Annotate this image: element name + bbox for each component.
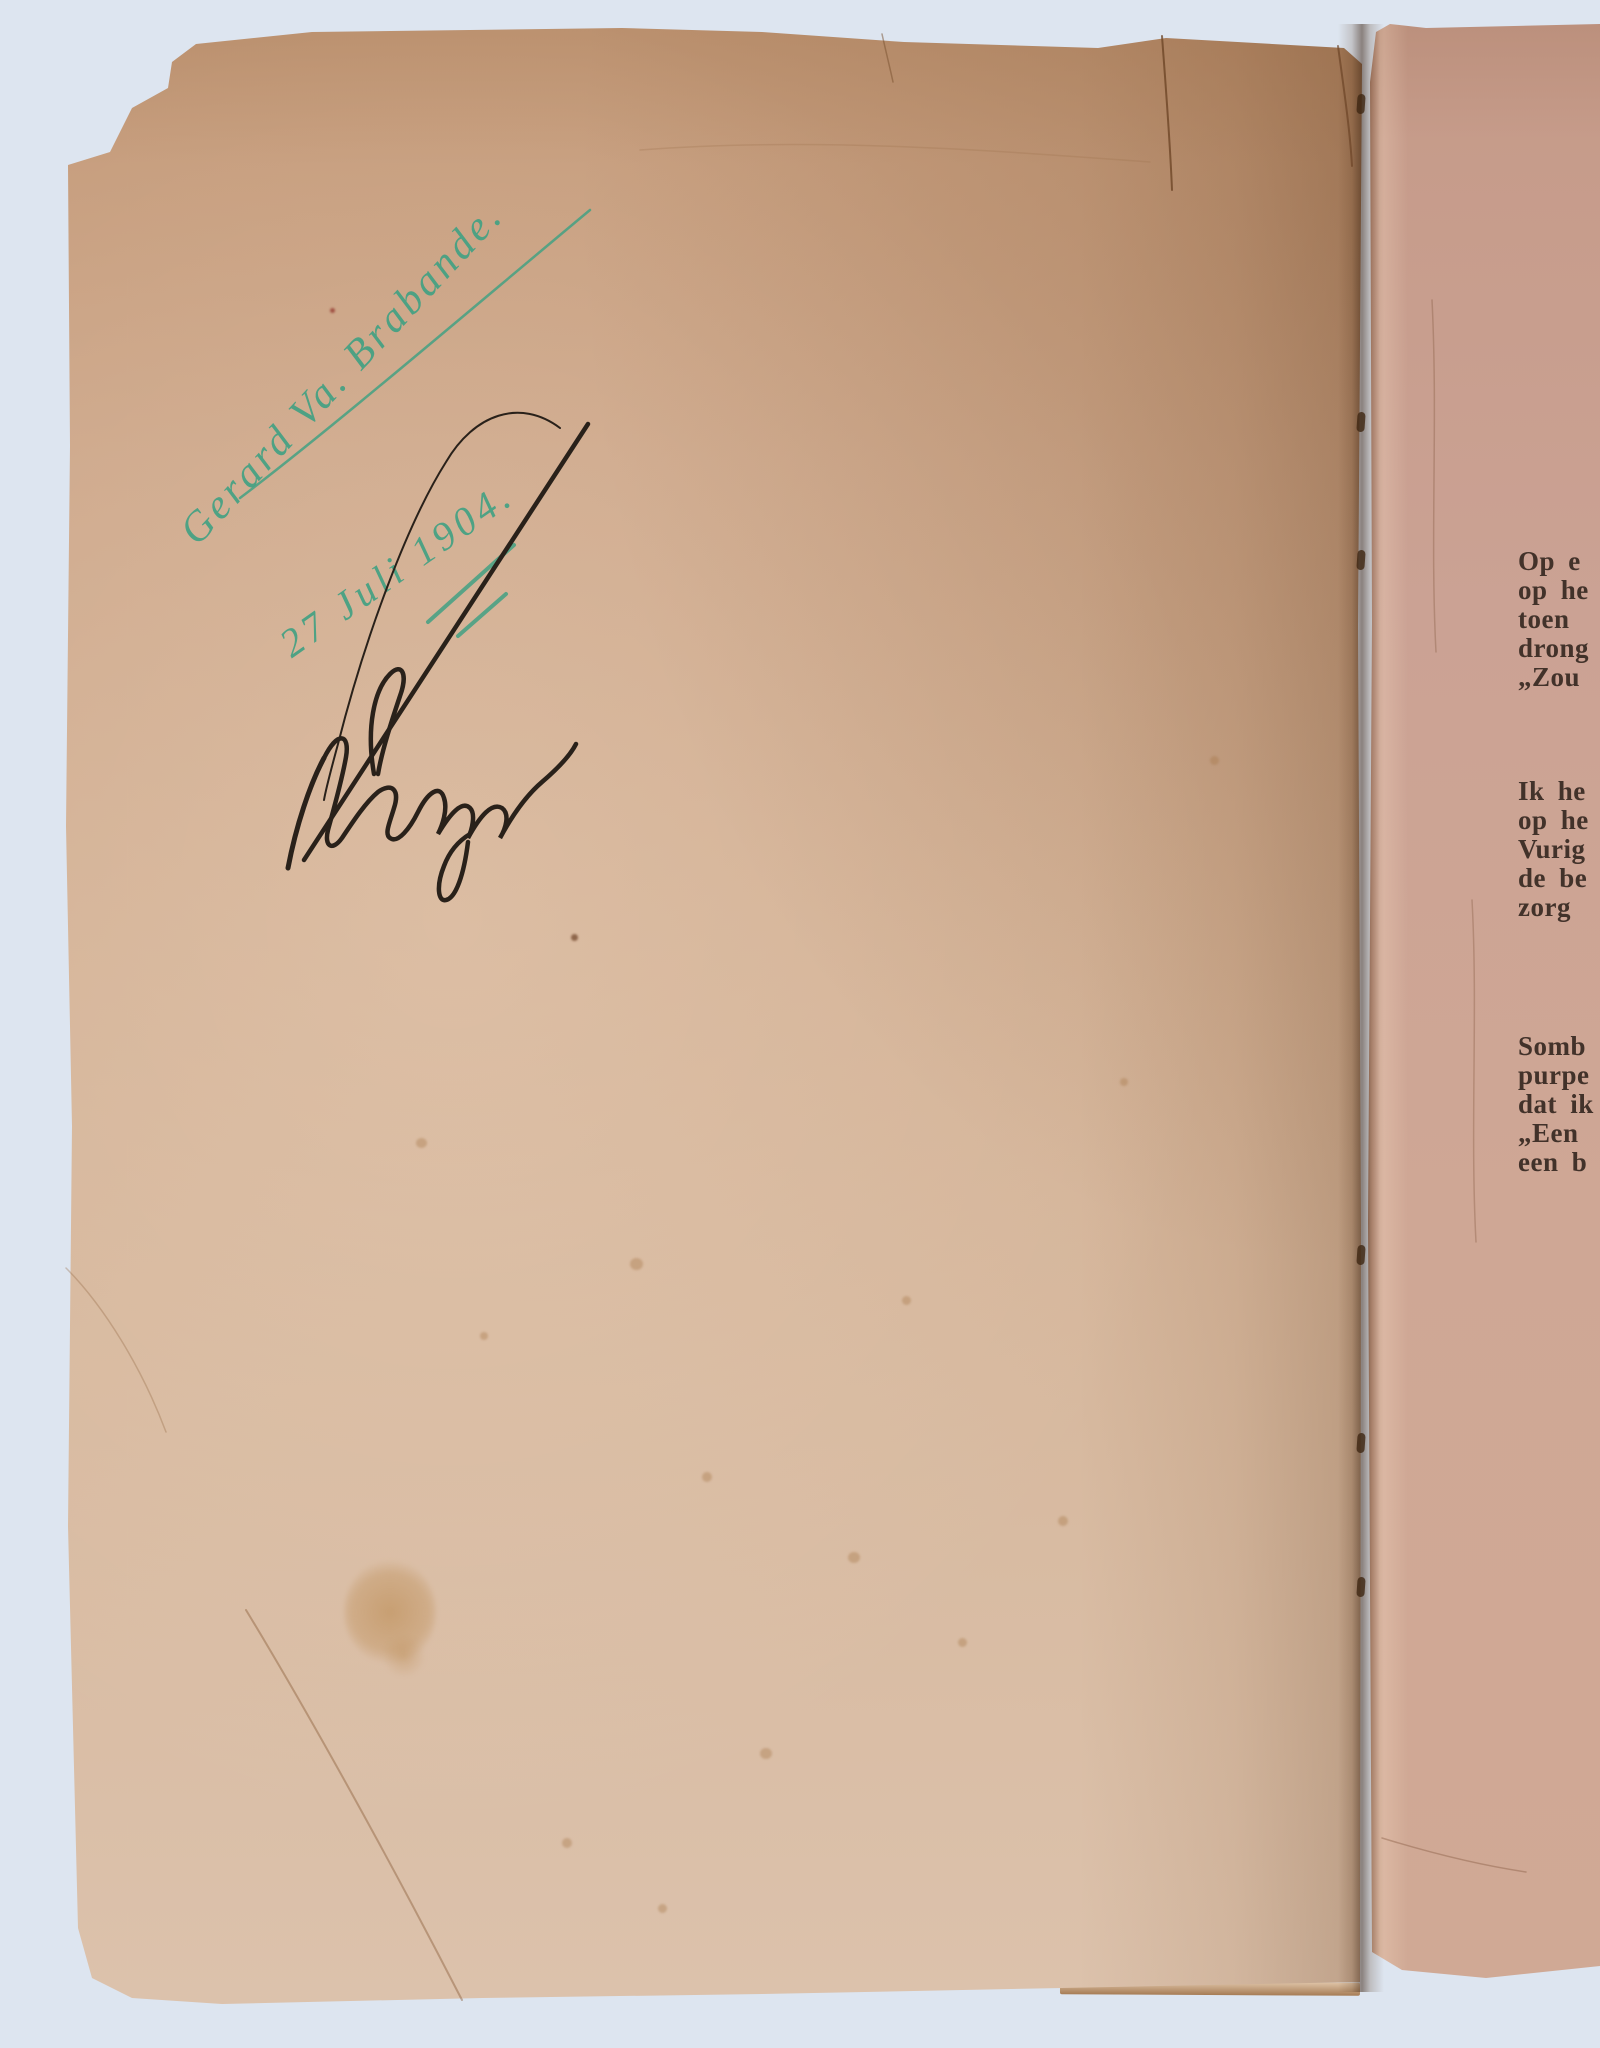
- printed-text-line: Somb: [1518, 1032, 1594, 1061]
- printed-text-line: de be: [1518, 864, 1589, 893]
- printed-text-line: „Een: [1518, 1119, 1594, 1148]
- foxing-spot: [1210, 756, 1219, 765]
- foxing-spot: [702, 1472, 712, 1482]
- foxing-spot: [1120, 1078, 1128, 1086]
- left-page: Gerard Va. Brabande. 27 Juli 1904.: [62, 26, 1364, 2008]
- printed-text-line: toen: [1518, 605, 1589, 634]
- foxing-spot: [562, 1838, 572, 1848]
- printed-text-line: een b: [1518, 1148, 1594, 1177]
- printed-text-line: „Zou: [1518, 663, 1589, 692]
- foxing-spot: [902, 1296, 911, 1305]
- foxing-spot: [658, 1904, 667, 1913]
- printed-paragraph: Somb purpe dat ik „Een een b: [1518, 1032, 1594, 1177]
- foxing-spot: [571, 934, 578, 941]
- printed-paragraph: Ik he op he Vurig de be zorg: [1518, 777, 1589, 922]
- foxing-spot: [480, 1332, 488, 1340]
- printed-text-line: drong: [1518, 634, 1589, 663]
- printed-text-line: Vurig: [1518, 835, 1589, 864]
- printed-text-line: op he: [1518, 806, 1589, 835]
- stain: [344, 1560, 436, 1664]
- green-signature-date: 27 Juli 1904.: [271, 471, 523, 667]
- printed-text-line: zorg: [1518, 893, 1589, 922]
- stain: [382, 1636, 426, 1676]
- foxing-spot: [330, 308, 335, 313]
- foxing-spot: [848, 1552, 860, 1563]
- foxing-spot: [760, 1748, 772, 1759]
- printed-text-line: Ik he: [1518, 777, 1589, 806]
- book-photo: Gerard Va. Brabande. 27 Juli 1904. Op e …: [0, 0, 1600, 2048]
- printed-text-line: Op e: [1518, 547, 1589, 576]
- printed-paragraph: Op e op he toen drong „Zou: [1518, 547, 1589, 692]
- foxing-spot: [416, 1138, 427, 1148]
- foxing-spot: [1058, 1516, 1068, 1526]
- foxing-spot: [958, 1638, 967, 1647]
- printed-text-line: op he: [1518, 576, 1589, 605]
- printed-text-line: purpe: [1518, 1061, 1594, 1090]
- right-page: Op e op he toen drong „Zou Ik he op he V…: [1366, 22, 1600, 1988]
- foxing-spot: [630, 1258, 643, 1270]
- printed-text-line: dat ik: [1518, 1090, 1594, 1119]
